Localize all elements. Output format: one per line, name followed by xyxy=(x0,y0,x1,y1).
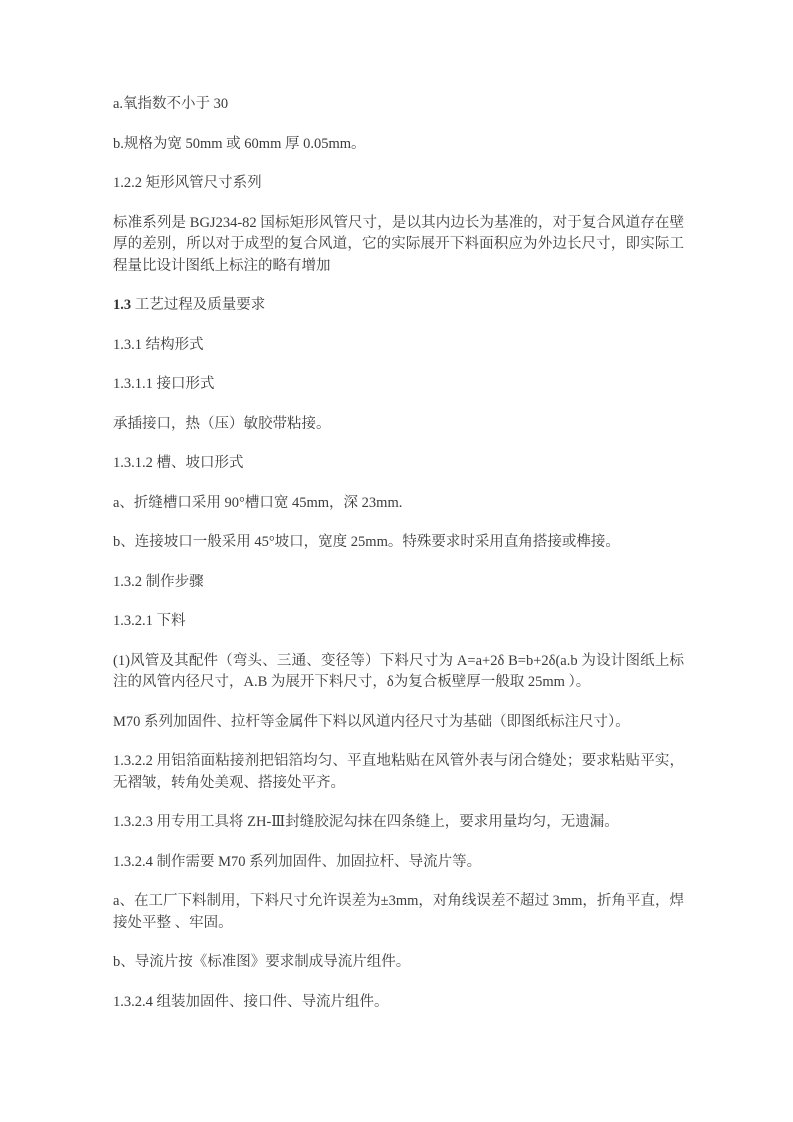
body-paragraph: 1.3.2.2 用铝箔面粘接剂把铝箔均匀、平直地粘贴在风管外表与闭合缝处；要求粘… xyxy=(113,751,684,794)
heading-paragraph: 1.2.2 矩形风管尺寸系列 xyxy=(113,173,684,195)
body-paragraph: 标准系列是 BGJ234-82 国标矩形风管尺寸，是以其内边长为基准的，对于复合… xyxy=(113,213,684,278)
body-paragraph: 承插接口，热（压）敏胶带粘接。 xyxy=(113,414,684,436)
heading-paragraph: 1.3.1.2 槽、坡口形式 xyxy=(113,453,684,475)
body-paragraph: a、折缝槽口采用 90°槽口宽 45mm，深 23mm. xyxy=(113,493,684,515)
body-paragraph: b、导流片按《标准图》要求制成导流片组件。 xyxy=(113,952,684,974)
document-page: a.氧指数不小于 30b.规格为宽 50mm 或 60mm 厚 0.05mm。1… xyxy=(0,0,793,1122)
heading-paragraph: 1.3.1.1 接口形式 xyxy=(113,374,684,396)
body-paragraph: a.氧指数不小于 30 xyxy=(113,94,684,116)
body-paragraph: (1)风管及其配件（弯头、三通、变径等）下料尺寸为 A=a+2δ B=b+2δ(… xyxy=(113,651,684,694)
body-paragraph: 1.3.2.4 制作需要 M70 系列加固件、加固拉杆、导流片等。 xyxy=(113,852,684,874)
heading-paragraph: 1.3 工艺过程及质量要求 xyxy=(113,295,684,317)
heading-paragraph: 1.3.2 制作步骤 xyxy=(113,572,684,594)
body-paragraph: M70 系列加固件、拉杆等金属件下料以风道内径尺寸为基础（即图纸标注尺寸）。 xyxy=(113,712,684,734)
body-paragraph: 1.3.2.4 组装加固件、接口件、导流片组件。 xyxy=(113,992,684,1014)
heading-number: 1.3 xyxy=(113,297,131,313)
body-paragraph: a、在工厂下料制用，下料尺寸允许误差为±3mm，对角线误差不超过 3mm，折角平… xyxy=(113,891,684,934)
body-paragraph: b、连接坡口一般采用 45°坡口，宽度 25mm。特殊要求时采用直角搭接或榫接。 xyxy=(113,532,684,554)
heading-paragraph: 1.3.1 结构形式 xyxy=(113,335,684,357)
body-paragraph: b.规格为宽 50mm 或 60mm 厚 0.05mm。 xyxy=(113,134,684,156)
heading-paragraph: 1.3.2.1 下料 xyxy=(113,611,684,633)
body-paragraph: 1.3.2.3 用专用工具将 ZH-Ⅲ封缝胶泥勾抹在四条缝上，要求用量均匀，无遗… xyxy=(113,812,684,834)
document-body: a.氧指数不小于 30b.规格为宽 50mm 或 60mm 厚 0.05mm。1… xyxy=(113,94,684,1013)
